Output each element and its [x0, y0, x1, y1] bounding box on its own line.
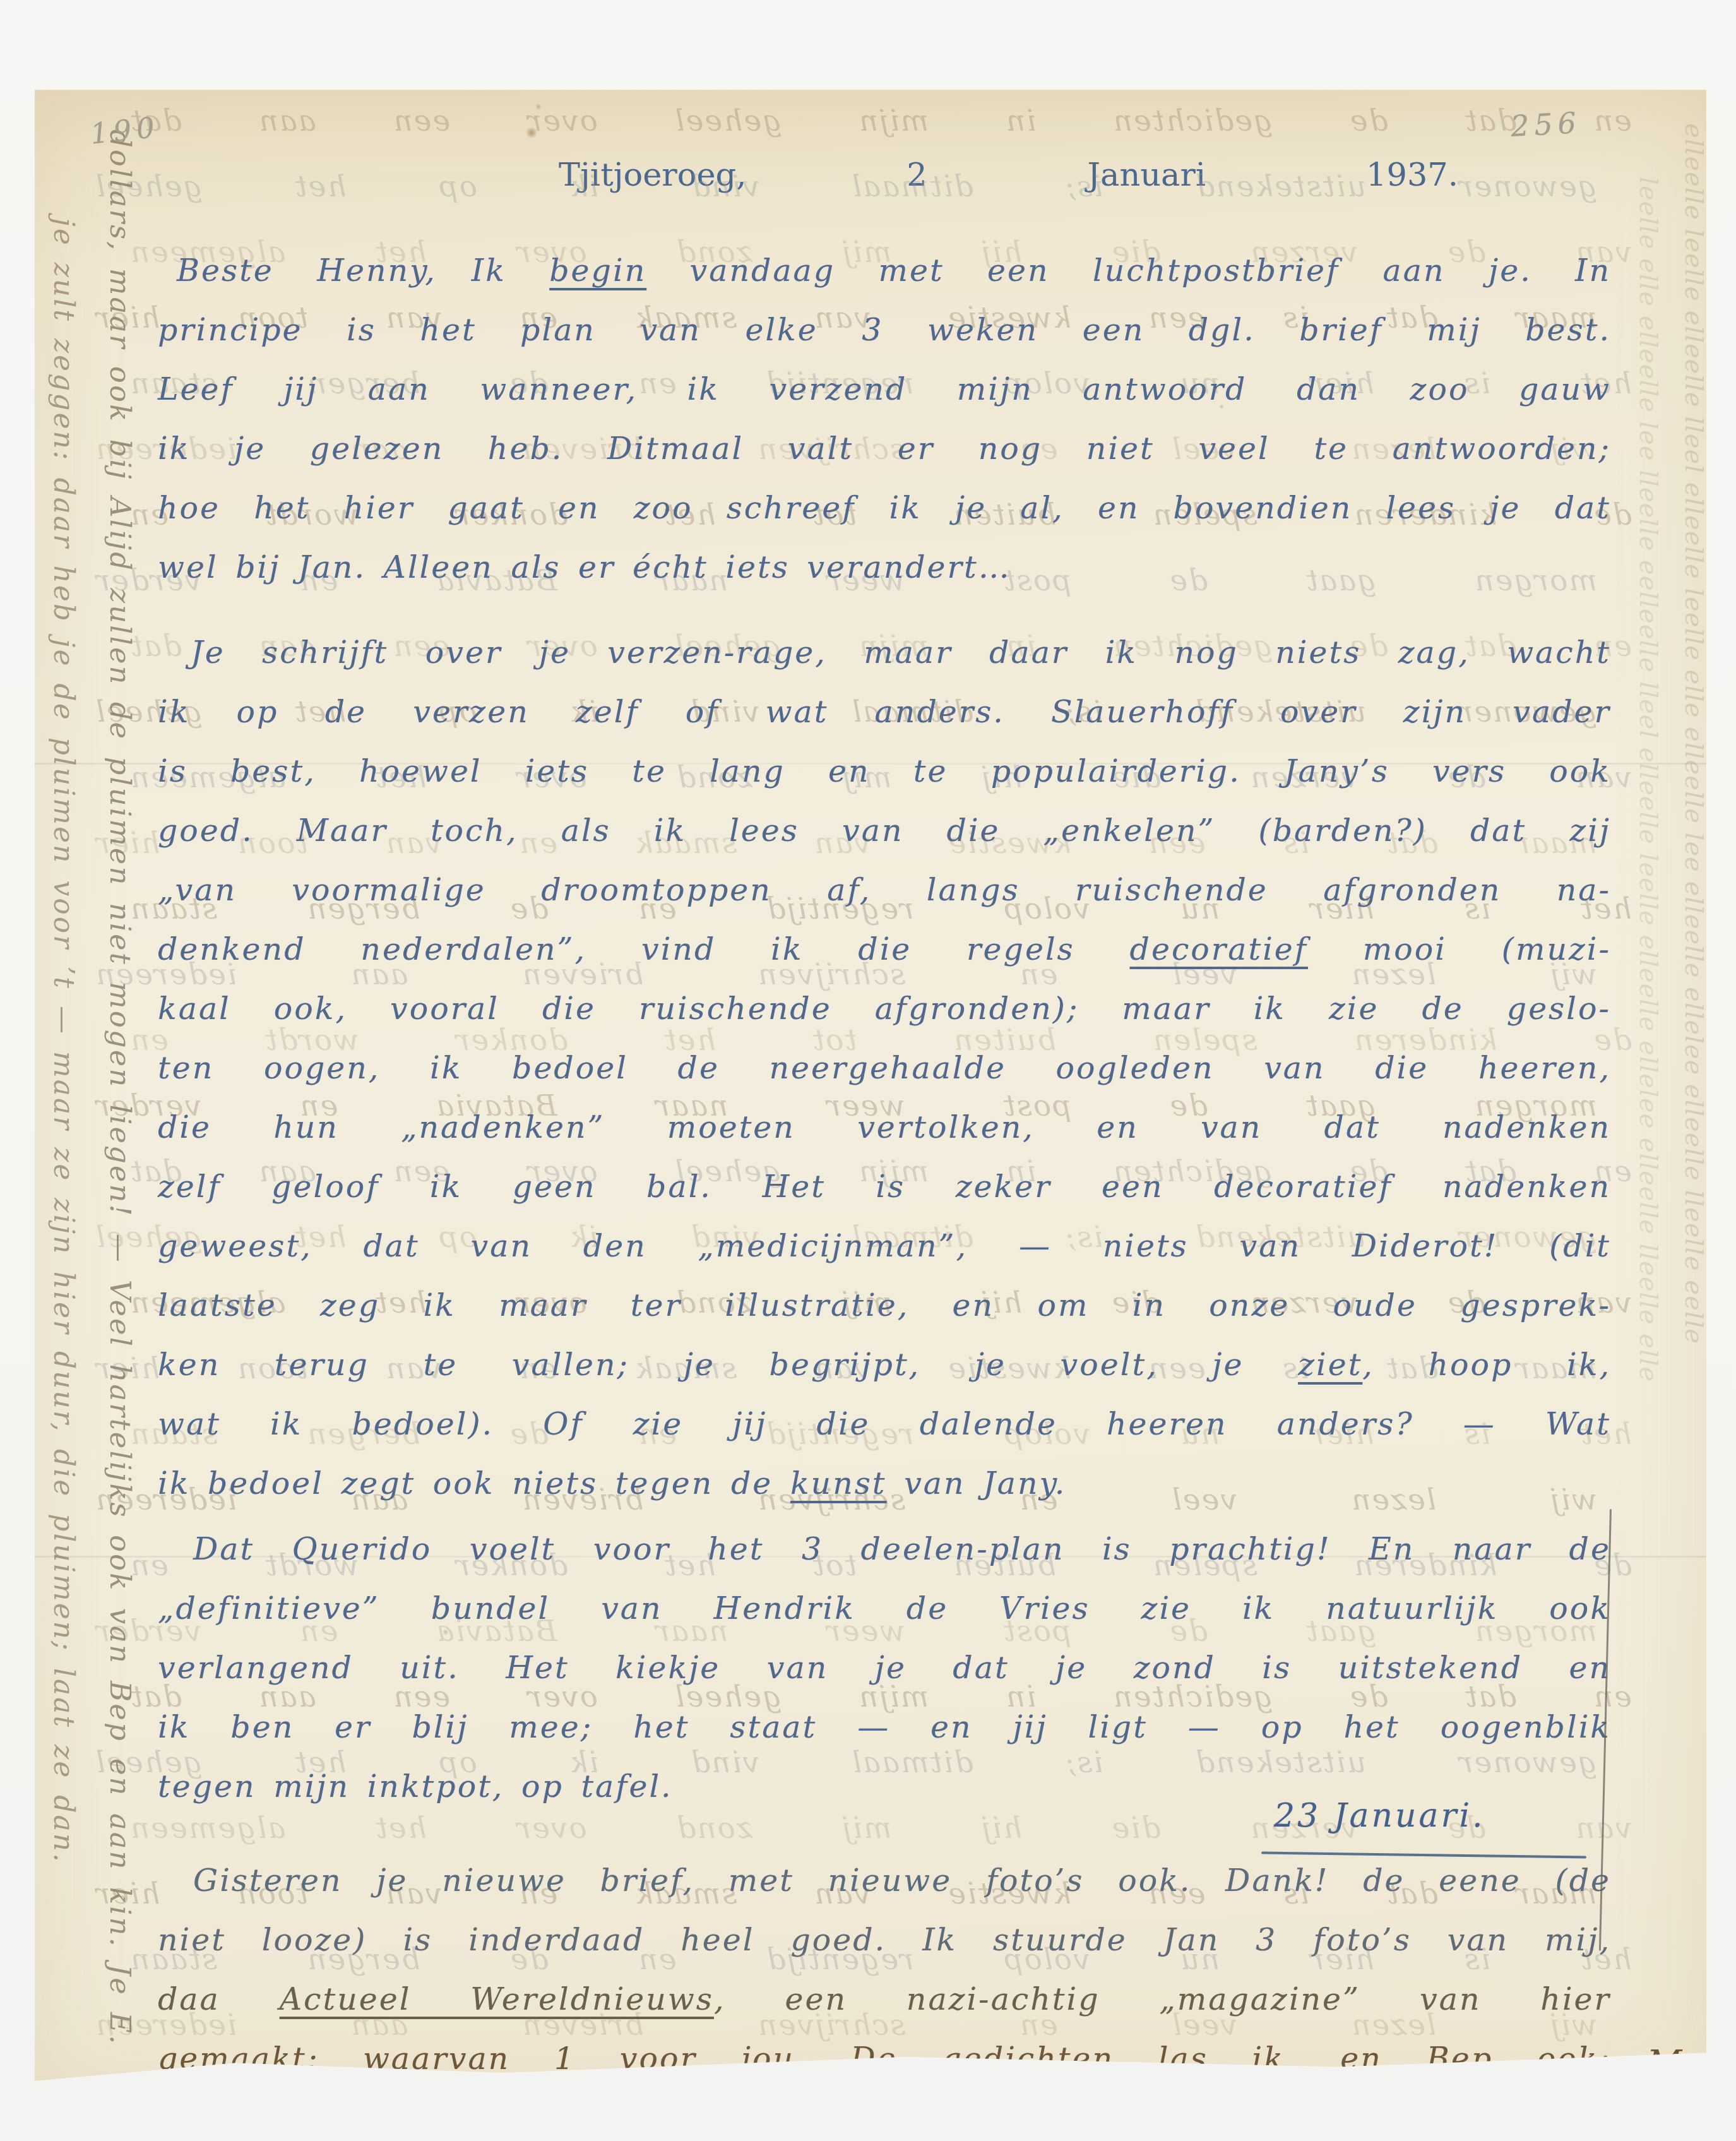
letter-line: hoe het hier gaat en zoo schreef ik je a… [158, 490, 1611, 527]
perforated-top-edge [35, 82, 1706, 90]
edge-ink-mark: M [1647, 2043, 1682, 2083]
letter-line: „definitieve” bundel van Hendrik de Vrie… [158, 1590, 1611, 1627]
letter-line: wel bij Jan. Alleen als er écht iets ver… [158, 549, 1011, 586]
foxing-spot [526, 126, 537, 139]
bleedthrough-line: en dat de gedichten in mijn geheel over … [129, 106, 1632, 136]
letter-line: kaal ook, vooral die ruischende afgronde… [158, 991, 1611, 1027]
letter-line: Je schrijft over je verzen-rage, maar da… [191, 635, 1611, 671]
margin-note: je zult zeggen: daar heb je de pluimen v… [46, 218, 81, 2024]
letter-line: ik op de verzen zelf of wat anders. Slau… [158, 694, 1611, 731]
bleedthrough-line: gewoner uitstekend is; ditmaal vind ik o… [95, 172, 1597, 201]
date-heading-underline [1261, 1851, 1586, 1858]
letter-line: wat ik bedoel). Of zie jij die dalende h… [158, 1406, 1611, 1443]
letter-line: Gisteren je nieuwe brief, met nieuwe fot… [193, 1863, 1611, 1899]
date-heading: 23 Januari. [1274, 1797, 1485, 1835]
letter-line: niet looze) is inderdaad heel goed. Ik s… [158, 1922, 1611, 1959]
letter-line: die hun „nadenken” moeten vertolken, en … [158, 1109, 1611, 1146]
foxing-spot [535, 104, 542, 110]
margin-note-with-signature: dollars, maar ook bij Alijd zullen de pl… [102, 129, 138, 2068]
pencil-page-number-right: 256 [1510, 105, 1582, 143]
letter-line: ik ben er blij mee; het staat — en jij l… [158, 1709, 1611, 1746]
letter-line: ik je gelezen heb. Ditmaal valt er nog n… [158, 431, 1611, 467]
scanned-letter-page: { "document": { "kind": "handwritten air… [0, 0, 1736, 2141]
bleedthrough-margin-strip: leelle elle elleelle lee lleelle eelleel… [1636, 177, 1661, 1995]
pencil-page-number-left: 190 [89, 110, 162, 150]
foxing-spot [1219, 404, 1224, 409]
letter-line: is best, hoewel iets te lang en te popul… [158, 753, 1611, 790]
letter-line: verlangend uit. Het kiekje van je dat je… [158, 1650, 1611, 1686]
letter-line: ken terug te vallen; je begrijpt, je voe… [158, 1347, 1611, 1383]
foxing-spot [443, 1629, 449, 1635]
letter-line: goed. Maar toch, als ik lees van die „en… [158, 813, 1611, 849]
letter-line: geweest, dat van den „medicijnman”, — ni… [158, 1228, 1611, 1265]
letter-line: zelf geloof ik geen bal. Het is zeker ee… [158, 1169, 1611, 1205]
letter-line: ik bedoel zegt ook niets tegen de kunst … [158, 1465, 1066, 1502]
letter-line: ten oogen, ik bedoel de neergehaalde oog… [158, 1050, 1611, 1087]
letter-line: Leef jij aan wanneer, ik verzend mijn an… [158, 371, 1611, 408]
letter-line: gemaakt; waarvan 1 voor jou. De gedichte… [158, 2041, 1611, 2077]
letter-line: principe is het plan van elke 3 weken ee… [158, 312, 1611, 349]
letter-line: tegen mijn inktpot, op tafel. [158, 1768, 673, 1805]
letter-line: laatste zeg ik maar ter illustratie, en … [158, 1287, 1611, 1324]
bleedthrough-line: en dat de gedichten in mijn geheel over … [129, 1682, 1632, 1712]
letter-line: „van voormalige droomtoppen af, langs ru… [158, 872, 1611, 909]
letter-line: Dat Querido voelt voor het 3 deelen-plan… [193, 1531, 1611, 1568]
bleedthrough-margin-strip: elleelle leelle elleelle lleel elleelle … [1681, 123, 1706, 2043]
letter-line: denkend nederdalen”, vind ik die regels … [158, 931, 1611, 968]
letter-line: daa Actueel Wereldnieuws, een nazi-achti… [158, 1981, 1611, 2018]
letter-line: Beste Henny, Ik begin vandaag met een lu… [177, 253, 1611, 289]
letter-paper: 190 256 Tjitjoeroeg, 2 Januari 1937. en … [35, 90, 1706, 2095]
